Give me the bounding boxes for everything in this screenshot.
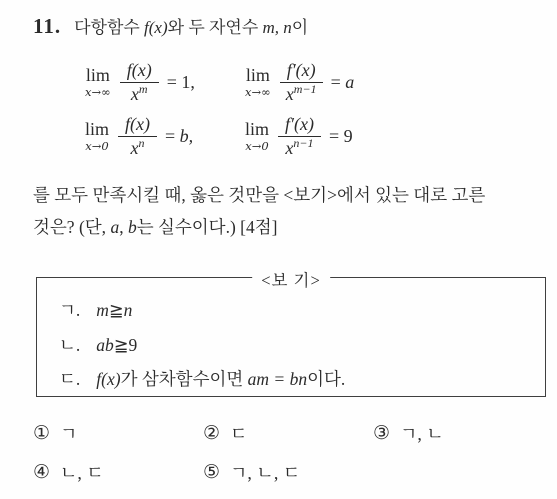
lim-subscript: x→0	[85, 141, 108, 153]
bogi-item-g: ㄱ.m≧n	[59, 297, 132, 322]
rhs-value: b,	[180, 126, 194, 146]
prompt-fx: f(x)	[144, 18, 168, 37]
q2-b: b	[128, 217, 137, 237]
bogi-label: <보 기>	[252, 267, 330, 291]
equation-rhs: = 1,	[167, 72, 195, 93]
rhs-value: 9	[344, 126, 353, 146]
choice-label: ㄴ, ㄷ	[60, 459, 104, 485]
equals-sign: =	[167, 72, 177, 92]
question-text-line-1: 를 모두 만족시킬 때, 옳은 것만을 <보기>에서 있는 대로 고른	[33, 182, 485, 207]
limit-expression-1: lim x→∞ f(x) xm = 1,	[85, 60, 245, 105]
prompt-text-pre: 다항함수	[74, 18, 144, 37]
limit-expression-3: lim x→0 f(x) xn = b,	[85, 114, 245, 159]
answer-options-box: <보 기> ㄱ.m≧n ㄴ.ab≧9 ㄷ.f(x)가 삼차함수이면 am = b…	[36, 277, 546, 397]
limit-expression-4: lim x→0 f′(x) xn−1 = 9	[245, 114, 405, 159]
prompt-mn: m, n	[263, 18, 292, 37]
den-base: x	[286, 84, 294, 104]
item-math-rhs: n	[124, 300, 133, 320]
equation-rhs: = a	[331, 72, 355, 93]
item-text-2: 이다.	[307, 369, 345, 389]
equals-sign: =	[329, 126, 339, 146]
problem-header: 11.다항함수 f(x)와 두 자연수 m, n이	[33, 13, 308, 39]
item-marker: ㄴ.	[59, 335, 80, 355]
q2-sep: ,	[119, 217, 128, 237]
prompt-text-post: 이	[292, 18, 308, 37]
item-text-1: 가 삼차함수이면	[121, 369, 248, 389]
numerator: f(x)	[120, 60, 159, 83]
q2-post: 는 실수이다.) [4점]	[137, 217, 278, 237]
question-text-line-2: 것은? (단, a, b는 실수이다.) [4점]	[33, 214, 277, 239]
choice-3[interactable]: ③ ㄱ, ㄴ	[373, 420, 548, 446]
choice-number: ③	[373, 422, 390, 444]
choice-number: ①	[33, 422, 50, 444]
rhs-value: a	[345, 72, 354, 92]
item-math-rhs: 9	[128, 335, 137, 355]
choice-5[interactable]: ⑤ ㄱ, ㄴ, ㄷ	[203, 459, 373, 485]
den-base: x	[131, 84, 139, 104]
den-exponent: m−1	[294, 82, 317, 96]
choice-1[interactable]: ① ㄱ	[33, 420, 203, 446]
item-math-lhs: ab	[96, 335, 114, 355]
choice-4[interactable]: ④ ㄴ, ㄷ	[33, 459, 203, 485]
limit-operator: lim x→0	[245, 120, 269, 153]
q2-pre: 것은? (단,	[33, 217, 110, 237]
equation-row-2: lim x→0 f(x) xn = b, lim x→0 f′(x) xn−1 …	[85, 114, 405, 159]
numerator: f′(x)	[278, 114, 321, 137]
limit-operator: lim x→0	[85, 120, 109, 153]
denominator: xm	[120, 83, 159, 105]
lim-word: lim	[86, 66, 110, 84]
problem-number: 11.	[33, 14, 61, 38]
denominator: xn−1	[278, 137, 321, 159]
choice-label: ㄱ, ㄴ	[400, 420, 444, 446]
den-exponent: n−1	[293, 136, 313, 150]
item-marker: ㄱ.	[59, 300, 80, 320]
rhs-value: 1,	[181, 72, 195, 92]
lim-word: lim	[246, 66, 270, 84]
limit-operator: lim x→∞	[245, 66, 271, 99]
answer-choices: ① ㄱ ② ㄷ ③ ㄱ, ㄴ ④ ㄴ, ㄷ ⑤ ㄱ, ㄴ, ㄷ	[33, 420, 548, 485]
equation-rhs: = 9	[329, 126, 353, 147]
item-math-fx: f(x)	[96, 369, 120, 389]
choice-2[interactable]: ② ㄷ	[203, 420, 373, 446]
item-math-lhs: m	[96, 300, 109, 320]
geq-symbol: ≧	[114, 336, 129, 356]
bogi-item-d: ㄷ.f(x)가 삼차함수이면 am = bn이다.	[59, 366, 345, 391]
q2-a: a	[110, 217, 119, 237]
den-base: x	[131, 138, 139, 158]
limit-operator: lim x→∞	[85, 66, 111, 99]
lim-subscript: x→0	[245, 141, 268, 153]
equals-sign: =	[165, 126, 175, 146]
exam-page: 11.다항함수 f(x)와 두 자연수 m, n이 lim x→∞ f(x) x…	[0, 0, 557, 499]
item-marker: ㄷ.	[59, 369, 80, 389]
geq-symbol: ≧	[109, 301, 124, 321]
fraction: f(x) xm	[120, 60, 159, 105]
lim-subscript: x→∞	[85, 87, 111, 99]
choice-number: ②	[203, 422, 220, 444]
fraction: f(x) xn	[118, 114, 157, 159]
lim-word: lim	[85, 120, 109, 138]
lim-word: lim	[245, 120, 269, 138]
denominator: xm−1	[280, 83, 323, 105]
choice-label: ㄷ	[230, 420, 247, 446]
fraction: f′(x) xn−1	[278, 114, 321, 159]
choice-label: ㄱ	[60, 420, 77, 446]
equation-row-1: lim x→∞ f(x) xm = 1, lim x→∞ f′(x) xm−1 …	[85, 60, 405, 105]
item-math-ambn: am = bn	[248, 369, 307, 389]
choice-number: ④	[33, 461, 50, 483]
equation-rhs: = b,	[165, 126, 193, 147]
choice-label: ㄱ, ㄴ, ㄷ	[230, 459, 300, 485]
limit-expression-2: lim x→∞ f′(x) xm−1 = a	[245, 60, 405, 105]
choice-number: ⑤	[203, 461, 220, 483]
numerator: f(x)	[118, 114, 157, 137]
den-exponent: n	[139, 136, 145, 150]
denominator: xn	[118, 137, 157, 159]
bogi-item-n: ㄴ.ab≧9	[59, 332, 137, 357]
equals-sign: =	[331, 72, 341, 92]
prompt-text-mid: 와 두 자연수	[168, 18, 263, 37]
den-exponent: m	[139, 82, 148, 96]
fraction: f′(x) xm−1	[280, 60, 323, 105]
numerator: f′(x)	[280, 60, 323, 83]
lim-subscript: x→∞	[245, 87, 271, 99]
